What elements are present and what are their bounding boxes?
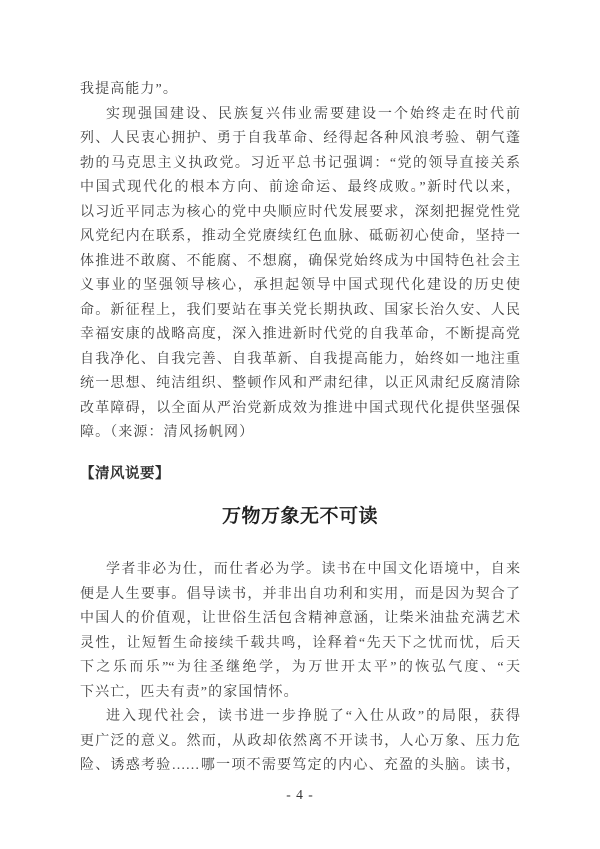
text-line: 统一思想、纯洁组织、整顿作风和严肃纪律，以正风肃纪反腐清除 [80,372,520,397]
text-line: 下兴亡，匹夫有责”的家国情怀。 [80,681,520,706]
text-line: 体推进不敢腐、不能腐、不想腐，确保党始终成为中国特色社会主 [80,250,520,275]
text-line: 学者非必为仕，而仕者必为学。读书在中国文化语境中，自来 [80,558,520,583]
text-line: 列、人民衷心拥护、勇于自我革命、经得起各种风浪考验、朝气蓬 [80,127,520,152]
text-line: 中国式现代化的根本方向、前途命运、最终成败。”新时代以来， [80,176,520,201]
page-content: 我提高能力”。实现强国建设、民族复兴伟业需要建设一个始终走在时代前列、人民衷心拥… [80,78,520,803]
text-line: 幸福安康的战略高度，深入推进新时代党的自我革命，不断提高党 [80,323,520,348]
text-line: 风党纪内在联系，推动全党赓续红色血脉、砥砺初心使命，坚持一 [80,225,520,250]
article-title: 万物万象无不可读 [80,504,520,530]
text-line: 灵性，让短暂生命接续千载共鸣，诠释着“先天下之忧而忧，后天 [80,632,520,657]
text-line: 我提高能力”。 [80,78,520,103]
text-line: 勃的马克思主义执政党。习近平总书记强调：“党的领导直接关系 [80,152,520,177]
text-line: 更广泛的意义。然而，从政却依然离不开读书，人心万象、压力危 [80,730,520,755]
text-line: 险、诱惑考验……哪一项不需要笃定的内心、充盈的头脑。读书， [80,754,520,779]
paragraph-block-2: 学者非必为仕，而仕者必为学。读书在中国文化语境中，自来便是人生要事。倡导读书，并… [80,558,520,779]
text-line: 改革障碍，以全面从严治党新成效为推进中国式现代化提供坚强保 [80,397,520,422]
paragraph-block-1: 我提高能力”。实现强国建设、民族复兴伟业需要建设一个始终走在时代前列、人民衷心拥… [80,78,520,446]
text-line: 中国人的价值观，让世俗生活包含精神意涵，让柴米油盐充满艺术 [80,607,520,632]
text-line: 义事业的坚强领导核心，承担起领导中国式现代化建设的历史使 [80,274,520,299]
text-line: 便是人生要事。倡导读书，并非出自功利和实用，而是因为契合了 [80,583,520,608]
text-line: 进入现代社会，读书进一步挣脱了“入仕从政”的局限，获得 [80,705,520,730]
page-number: - 4 - [80,787,520,803]
text-line: 以习近平同志为核心的党中央顺应时代发展要求，深刻把握党性党 [80,201,520,226]
text-line: 实现强国建设、民族复兴伟业需要建设一个始终走在时代前 [80,103,520,128]
section-header: 【清风说要】 [80,462,520,487]
text-line: 障。（来源：清风扬帆网） [80,421,520,446]
text-line: 下之乐而乐”“为往圣继绝学，为万世开太平”的恢弘气度、“天 [80,656,520,681]
text-line: 命。新征程上，我们要站在事关党长期执政、国家长治久安、人民 [80,299,520,324]
text-line: 自我净化、自我完善、自我革新、自我提高能力，始终如一地注重 [80,348,520,373]
